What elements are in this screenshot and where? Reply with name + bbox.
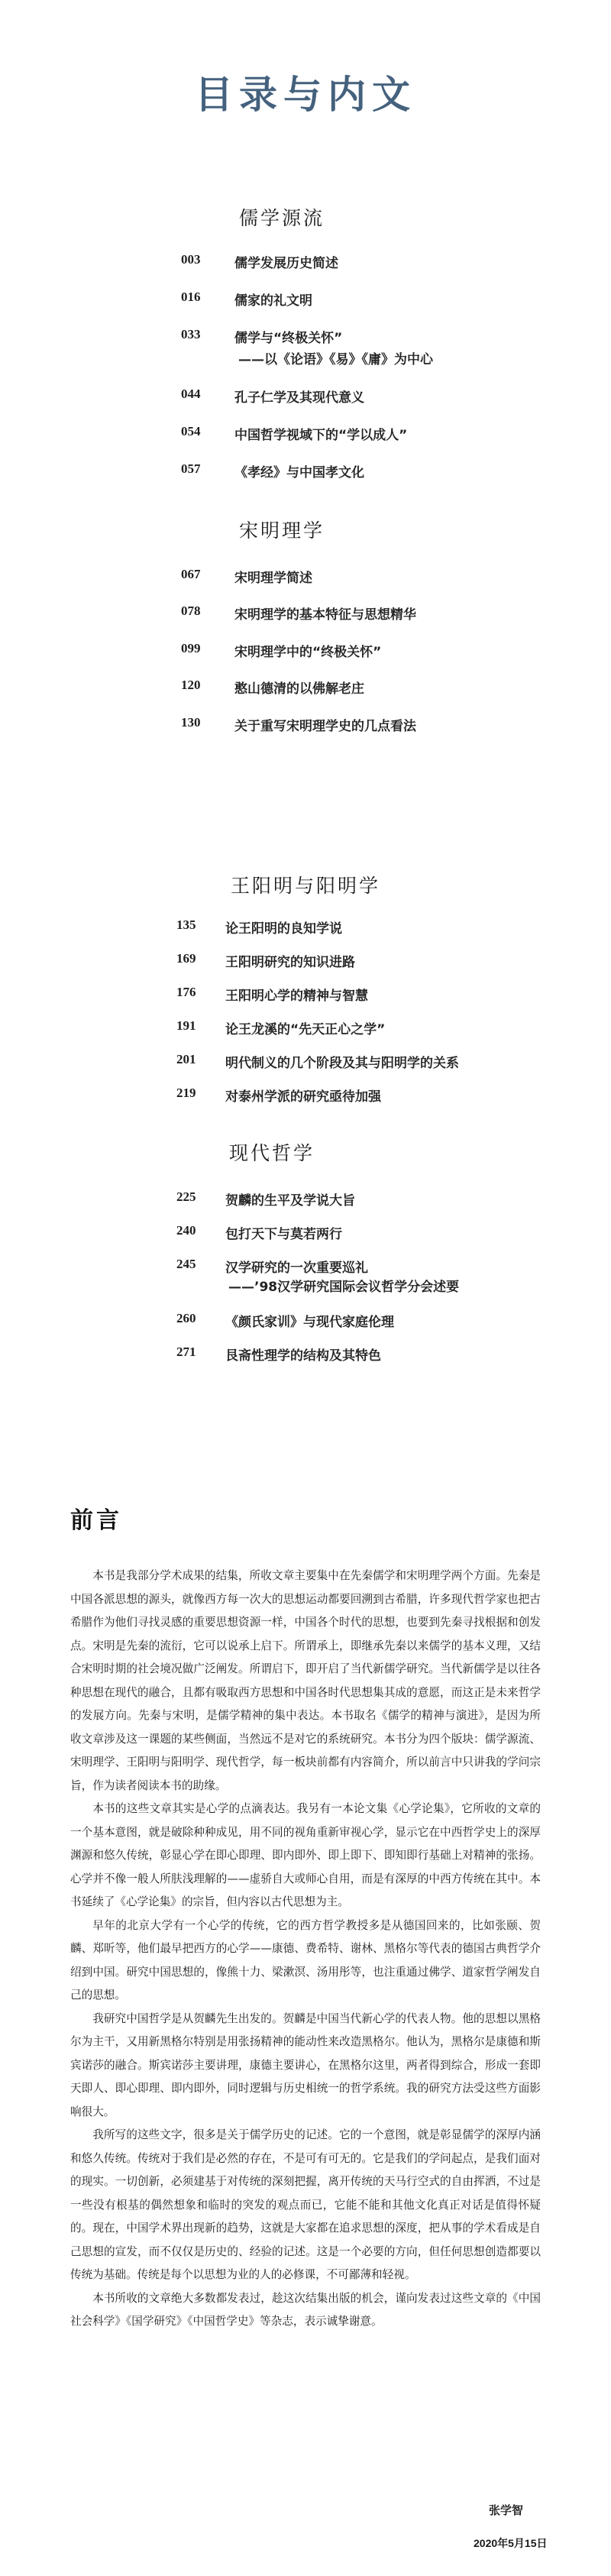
toc-page-number: 191 bbox=[176, 1018, 196, 1034]
toc-title: 儒学发展历史简述 bbox=[234, 252, 338, 271]
toc-title: 宋明理学的基本特征与思想精华 bbox=[234, 604, 416, 623]
page-title: 目录与内文 bbox=[0, 64, 611, 119]
preface-paragraph: 我所写的这些文字，很多是关于儒学历史的记述。它的一个意图，就是彰显儒学的深厚内涵… bbox=[70, 2124, 541, 2287]
toc-title: 包打天下与莫若两行 bbox=[225, 1223, 342, 1242]
section-heading: 王阳明与阳明学 bbox=[231, 871, 380, 898]
toc-page-number: 271 bbox=[176, 1345, 196, 1360]
toc-page-number: 135 bbox=[176, 917, 196, 933]
toc-title: 王阳明研究的知识进路 bbox=[225, 951, 355, 970]
toc-title: 汉学研究的一次重要巡礼 bbox=[225, 1257, 368, 1276]
section-heading: 儒学源流 bbox=[239, 203, 325, 231]
preface-heading: 前言 bbox=[70, 1501, 122, 1535]
toc-title: 对泰州学派的研究亟待加强 bbox=[225, 1086, 381, 1105]
toc-page-number: 120 bbox=[181, 678, 201, 693]
toc-title: 宋明理学简述 bbox=[234, 567, 312, 586]
toc-page-number: 225 bbox=[176, 1189, 196, 1205]
toc-title: 中国哲学视域下的“学以成人” bbox=[234, 424, 407, 443]
toc-page-number: 260 bbox=[176, 1311, 196, 1326]
toc-title: 儒学与“终极关怀” bbox=[234, 327, 342, 346]
toc-title: 王阳明心学的精神与智慧 bbox=[225, 985, 368, 1004]
author-signature: 张学智 bbox=[489, 2502, 523, 2518]
toc-title: 贺麟的生平及学说大旨 bbox=[225, 1189, 355, 1209]
toc-page-number: 245 bbox=[176, 1257, 196, 1272]
toc-page-number: 044 bbox=[181, 387, 201, 402]
toc-page-number: 130 bbox=[181, 715, 201, 730]
preface-paragraph: 本书所收的文章绝大多数都发表过，趁这次结集出版的机会，谨向发表过这些文章的《中国… bbox=[70, 2287, 541, 2334]
toc-page-number: 078 bbox=[181, 604, 201, 619]
toc-page-number: 067 bbox=[181, 567, 201, 582]
toc-title: 明代制义的几个阶段及其与阳明学的关系 bbox=[225, 1052, 459, 1071]
toc-page-number: 240 bbox=[176, 1223, 196, 1238]
section-heading: 现代哲学 bbox=[229, 1138, 315, 1166]
toc-title: 《孝经》与中国孝文化 bbox=[234, 461, 364, 481]
toc-title: 孔子仁学及其现代意义 bbox=[234, 387, 364, 406]
toc-title: 关于重写宋明理学史的几点看法 bbox=[234, 715, 416, 734]
toc-title: 论王龙溪的“先天正心之学” bbox=[225, 1018, 385, 1037]
toc-title: 艮斋性理学的结构及其特色 bbox=[225, 1345, 381, 1364]
toc-title: 宋明理学中的“终极关怀” bbox=[234, 641, 381, 660]
toc-subtitle: ——以《论语》《易》《庸》为中心 bbox=[238, 348, 433, 367]
preface-paragraph: 本书是我部分学术成果的结集，所收文章主要集中在先秦儒学和宋明理学两个方面。先秦是… bbox=[70, 1565, 541, 1798]
toc-subtitle: ——’98汉学研究国际会议哲学分会述要 bbox=[228, 1276, 459, 1295]
toc-page-number: 033 bbox=[181, 327, 201, 342]
preface-paragraph: 本书的这些文章其实是心学的点滴表达。我另有一本论文集《心学论集》，它所收的文章的… bbox=[70, 1798, 541, 1914]
toc-title: 儒家的礼文明 bbox=[234, 290, 312, 309]
toc-page-number: 003 bbox=[181, 252, 201, 267]
toc-page-number: 169 bbox=[176, 951, 196, 966]
signature-date: 2020年5月15日 bbox=[474, 2536, 548, 2551]
toc-page-number: 099 bbox=[181, 641, 201, 656]
preface-paragraph: 我研究中国哲学是从贺麟先生出发的。贺麟是中国当代新心学的代表人物。他的思想以黑格… bbox=[70, 2008, 541, 2125]
toc-title: 《颜氏家训》与现代家庭伦理 bbox=[225, 1311, 394, 1330]
preface-body: 本书是我部分学术成果的结集，所收文章主要集中在先秦儒学和宋明理学两个方面。先秦是… bbox=[70, 1565, 541, 2334]
toc-page-number: 176 bbox=[176, 985, 196, 1000]
preface-paragraph: 早年的北京大学有一个心学的传统，它的西方哲学教授多是从德国回来的，比如张颐、贺麟… bbox=[70, 1914, 541, 2008]
toc-page-number: 054 bbox=[181, 424, 201, 439]
section-heading: 宋明理学 bbox=[239, 516, 325, 543]
toc-page-number: 219 bbox=[176, 1086, 196, 1101]
toc-page-number: 016 bbox=[181, 290, 201, 305]
toc-page-number: 057 bbox=[181, 461, 201, 477]
toc-page-number: 201 bbox=[176, 1052, 196, 1067]
toc-title: 论王阳明的良知学说 bbox=[225, 917, 342, 937]
toc-title: 憨山德清的以佛解老庄 bbox=[234, 678, 364, 697]
